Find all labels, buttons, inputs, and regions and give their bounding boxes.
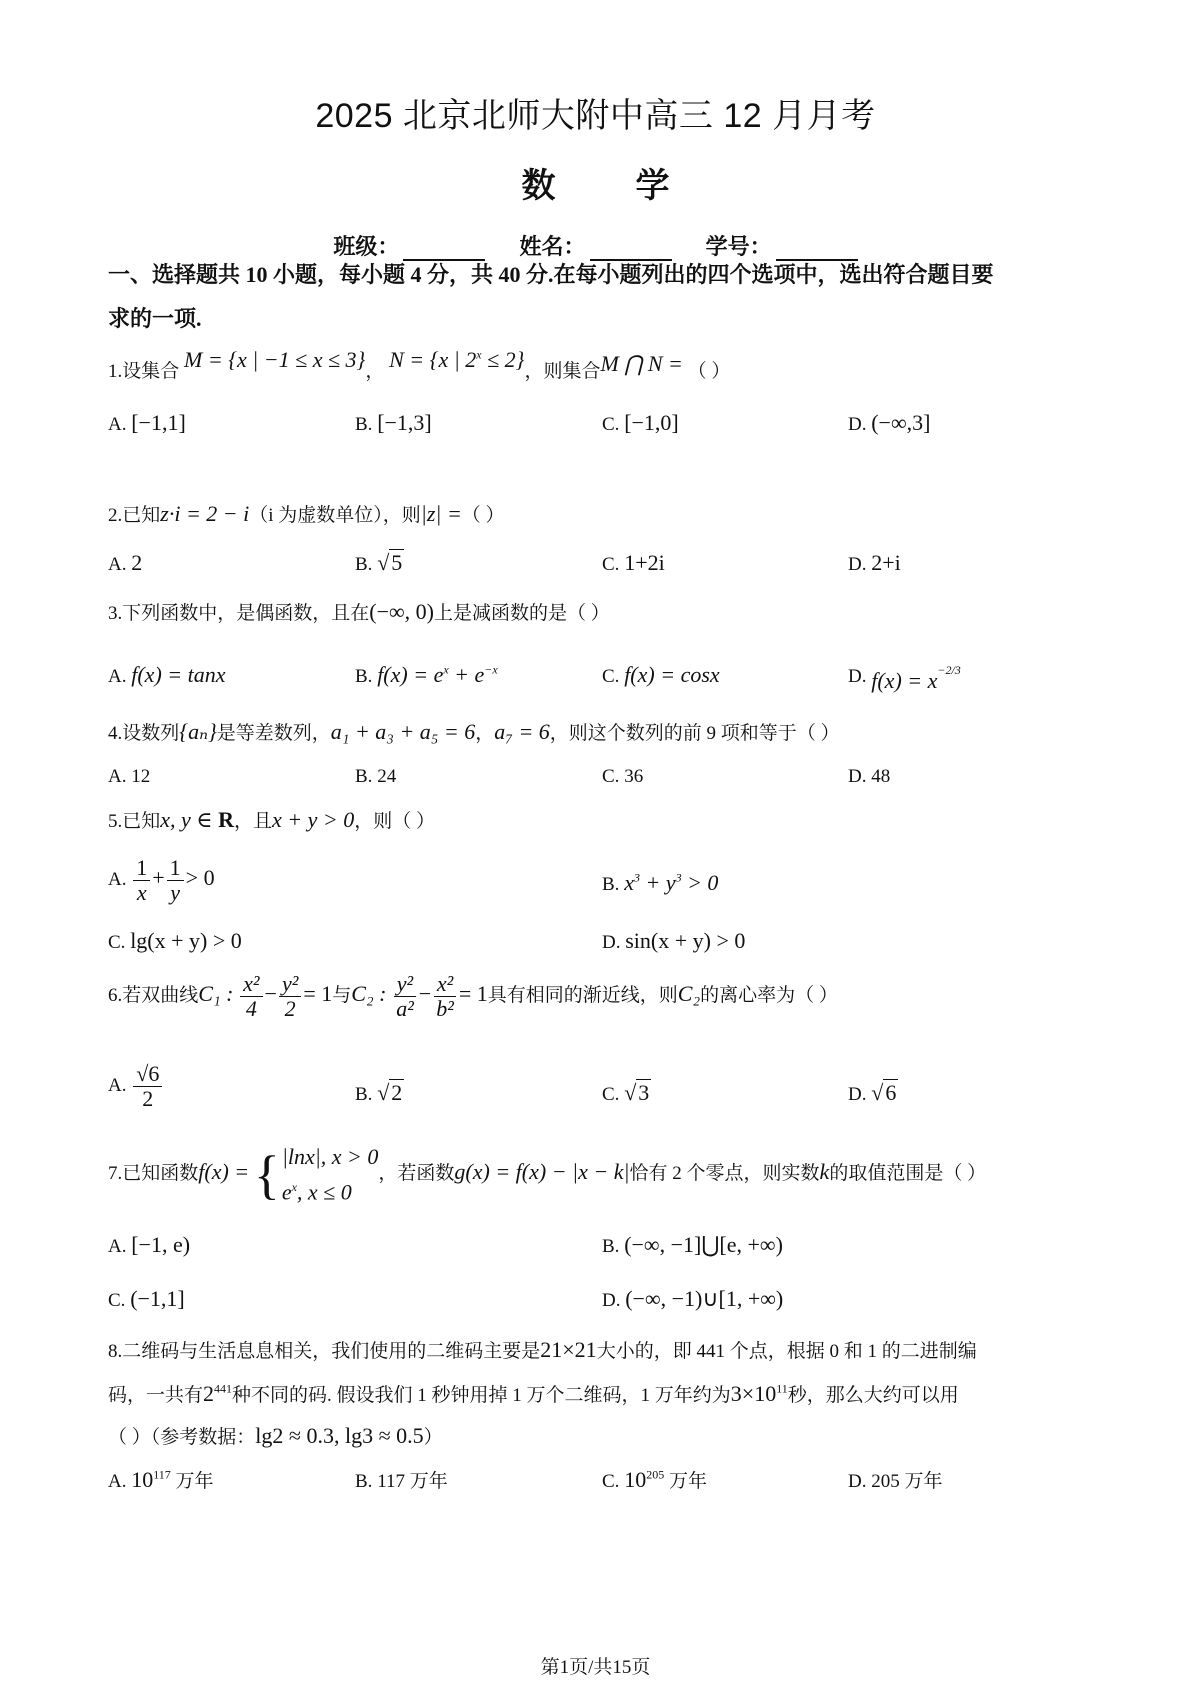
q6-option-d[interactable]: D. √6	[848, 1080, 898, 1106]
question-8-line-1: 8.二维码与生活息息相关，我们使用的二维码主要是21×21大小的，即 441 个…	[108, 1336, 977, 1363]
q2-option-d[interactable]: D. 2+i	[848, 550, 901, 576]
q-text: 二维码与生活息息相关，我们使用的二维码主要是	[122, 1341, 540, 1362]
q-text: 秒，那么大约可以用	[788, 1385, 959, 1406]
q-text: 与	[332, 985, 351, 1006]
q7-option-a[interactable]: A. [−1, e)	[108, 1232, 190, 1258]
curve-ref: C₂	[678, 981, 700, 1006]
q5-option-a[interactable]: A. 1x+1y> 0	[108, 856, 215, 905]
q2-option-c[interactable]: C. 1+2i	[602, 550, 665, 576]
power-expr: 2441	[203, 1381, 232, 1406]
q-text: 的离心率为	[700, 985, 795, 1006]
q1-option-c[interactable]: C. [−1,0]	[602, 410, 679, 436]
q1-option-b[interactable]: B. [−1,3]	[355, 410, 432, 436]
piecewise-definition: {|lnx|, x > 0ex, x ≤ 0	[254, 1142, 379, 1207]
answer-blank: （ ）	[797, 723, 840, 744]
q-text: 已知	[122, 811, 160, 832]
question-6: 6.若双曲线C₁ : x²4−y²2= 1与C₂ : y²a²−x²b²= 1具…	[108, 972, 838, 1021]
student-id-field: 学号：	[706, 230, 858, 261]
answer-blank: （ ）	[392, 811, 435, 832]
param-k: k	[820, 1159, 830, 1184]
question-8-line-2: 码，一共有2441种不同的码. 假设我们 1 秒钟用掉 1 万个二维码，1 万年…	[108, 1380, 959, 1407]
subject-char-2: 学	[636, 158, 670, 207]
condition-2: a₇ = 6	[494, 719, 550, 744]
reference-values: lg2 ≈ 0.3, lg3 ≈ 0.5	[255, 1423, 423, 1448]
q-text: ，则这个数列的前 9 项和等于	[550, 723, 797, 744]
q-text: 具有相同的渐近线，则	[488, 985, 678, 1006]
answer-blank: （ ）	[567, 603, 610, 624]
question-5: 5.已知x, y ∈ R，且x + y > 0，则（ ）	[108, 806, 435, 833]
interval: (−∞, 0)	[369, 599, 434, 624]
intersection-expr: M ⋂ N =	[600, 351, 682, 376]
q-text: ，则	[354, 811, 392, 832]
q6-option-a[interactable]: A. √62	[108, 1062, 164, 1111]
q5-option-c[interactable]: C. lg(x + y) > 0	[108, 928, 242, 954]
q-text: 若双曲线	[122, 985, 198, 1006]
function-g: g(x) = f(x) − |x − k|	[454, 1159, 629, 1184]
sci-notation: 3×1011	[731, 1381, 788, 1406]
class-label: 班级：	[333, 234, 399, 259]
page-number: 第1页/共15页	[0, 1652, 1191, 1679]
subject-char-1: 数	[522, 158, 556, 207]
equation: z·i = 2 − i	[160, 501, 249, 526]
curve-c2: C₂ :	[351, 981, 386, 1006]
sequence: {aₙ}	[179, 719, 217, 744]
question-1: 1.设集合 M = {x | −1 ≤ x ≤ 3}， N = {x | 2x …	[108, 356, 730, 383]
q-text: ，则集合	[524, 361, 600, 382]
q8-option-d[interactable]: D. 205 万年	[848, 1466, 943, 1493]
question-4: 4.设数列{aₙ}是等差数列，a₁ + a₃ + a₅ = 6，a₇ = 6，则…	[108, 718, 840, 745]
q-text: ，若函数	[378, 1163, 454, 1184]
q2-option-a[interactable]: A. 2	[108, 550, 142, 576]
q-number: 6.	[108, 985, 122, 1006]
q-text: 设数列	[122, 723, 179, 744]
exam-title: 2025 北京北师大附中高三 12 月月考	[0, 88, 1191, 137]
q-text: 已知	[122, 505, 160, 526]
q5-option-d[interactable]: D. sin(x + y) > 0	[602, 928, 745, 954]
q-text: 上是减函数的是	[434, 603, 567, 624]
q-text: 下列函数中，是偶函数，且在	[122, 603, 369, 624]
q-text: 的取值范围是	[829, 1163, 943, 1184]
q4-option-a[interactable]: A. 12	[108, 766, 150, 788]
modulus-expr: |z| =	[421, 501, 462, 526]
question-7: 7.已知函数f(x) = {|lnx|, x > 0ex, x ≤ 0，若函数g…	[108, 1142, 986, 1207]
sqrt-icon: √	[377, 1080, 389, 1105]
sqrt-icon: √	[871, 1080, 883, 1105]
answer-blank: （ ）	[795, 985, 838, 1006]
q8-option-b[interactable]: B. 117 万年	[355, 1466, 448, 1493]
subject-title: 数学	[0, 158, 1191, 207]
answer-blank: （ ）	[108, 1427, 151, 1448]
q-number: 1.	[108, 361, 122, 382]
q-text: 是等差数列，	[217, 723, 331, 744]
q-number: 8.	[108, 1341, 122, 1362]
set-m: M = {x | −1 ≤ x ≤ 3}	[184, 347, 365, 372]
q-number: 4.	[108, 723, 122, 744]
q-number: 5.	[108, 811, 122, 832]
reals-symbol: R	[218, 807, 234, 832]
q-text: 恰有 2 个零点，则实数	[630, 1163, 820, 1184]
condition-1: a₁ + a₃ + a₅ = 6	[331, 719, 475, 744]
q6-option-c[interactable]: C. √3	[602, 1080, 651, 1106]
name-field: 姓名：	[519, 230, 671, 261]
q6-option-b[interactable]: B. √2	[355, 1080, 404, 1106]
question-8-line-3: （ ）（参考数据：lg2 ≈ 0.3, lg3 ≈ 0.5）	[108, 1422, 443, 1449]
q-text: ，	[365, 361, 384, 382]
q8-option-c[interactable]: C. 10205 万年	[602, 1466, 707, 1493]
q7-option-d[interactable]: D. (−∞, −1)∪[1, +∞)	[602, 1286, 783, 1312]
name-label: 姓名：	[519, 234, 585, 259]
q-text: 已知函数	[122, 1163, 198, 1184]
function-f: f(x) =	[198, 1159, 249, 1184]
q3-option-b[interactable]: B. f(x) = ex + e−x	[355, 662, 498, 688]
qr-size: 21×21	[540, 1337, 596, 1362]
q-number: 7.	[108, 1163, 122, 1184]
q-text: 码，一共有	[108, 1385, 203, 1406]
q1-option-a[interactable]: A. [−1,1]	[108, 410, 186, 436]
section-heading-line1: 一、选择题共 10 小题，每小题 4 分，共 40 分.在每小题列出的四个选项中…	[108, 258, 994, 289]
condition: x + y > 0	[272, 807, 354, 832]
q4-option-c[interactable]: C. 36	[602, 766, 643, 788]
q-text: （参考数据：	[151, 1427, 256, 1448]
question-2: 2.已知z·i = 2 − i（i 为虚数单位），则|z| =（ ）	[108, 500, 505, 527]
student-id-label: 学号：	[706, 234, 772, 259]
section-heading-line2: 求的一项.	[108, 302, 202, 333]
sqrt-icon: √	[377, 550, 389, 575]
left-brace-icon: {	[254, 1148, 280, 1202]
q4-option-b[interactable]: B. 24	[355, 766, 396, 788]
q-number: 2.	[108, 505, 122, 526]
curve-c1: C₁ :	[198, 981, 233, 1006]
q7-option-c[interactable]: C. (−1,1]	[108, 1286, 185, 1312]
q2-option-b[interactable]: B. √5	[355, 550, 404, 576]
q-text: ）	[424, 1427, 443, 1448]
answer-blank: （ ）	[688, 361, 731, 382]
q-text: 设集合	[122, 361, 179, 382]
class-field: 班级：	[333, 230, 485, 261]
set-n: N = {x | 2x ≤ 2}	[389, 347, 524, 372]
sqrt-icon: √	[624, 1080, 636, 1105]
answer-blank: （ ）	[943, 1163, 986, 1184]
q-text: 大小的，即 441 个点，根据 0 和 1 的二进制编	[597, 1341, 977, 1362]
student-info-row: 班级： 姓名： 学号：	[0, 230, 1191, 261]
answer-blank: （ ）	[462, 505, 505, 526]
q5-option-b[interactable]: B. x3 + y3 > 0	[602, 870, 718, 896]
q-number: 3.	[108, 603, 122, 624]
q8-option-a[interactable]: A. 10117 万年	[108, 1466, 214, 1493]
question-3: 3.下列函数中，是偶函数，且在(−∞, 0)上是减函数的是（ ）	[108, 598, 610, 625]
q7-option-b[interactable]: B. (−∞, −1]⋃[e, +∞)	[602, 1232, 783, 1258]
sqrt-icon: √	[136, 1061, 148, 1086]
q4-option-d[interactable]: D. 48	[848, 766, 890, 788]
q3-option-c[interactable]: C. f(x) = cosx	[602, 662, 720, 688]
q-text: ，	[475, 723, 494, 744]
q-text: （i 为虚数单位），则	[249, 505, 421, 526]
variables: x, y ∈	[160, 807, 218, 832]
q3-option-a[interactable]: A. f(x) = tanx	[108, 662, 226, 688]
q1-option-d[interactable]: D. (−∞,3]	[848, 410, 930, 436]
q3-option-d[interactable]: D. f(x) = x−2/3	[848, 662, 961, 688]
q-text: ，且	[234, 811, 272, 832]
q-text: 种不同的码. 假设我们 1 秒钟用掉 1 万个二维码，1 万年约为	[232, 1385, 731, 1406]
